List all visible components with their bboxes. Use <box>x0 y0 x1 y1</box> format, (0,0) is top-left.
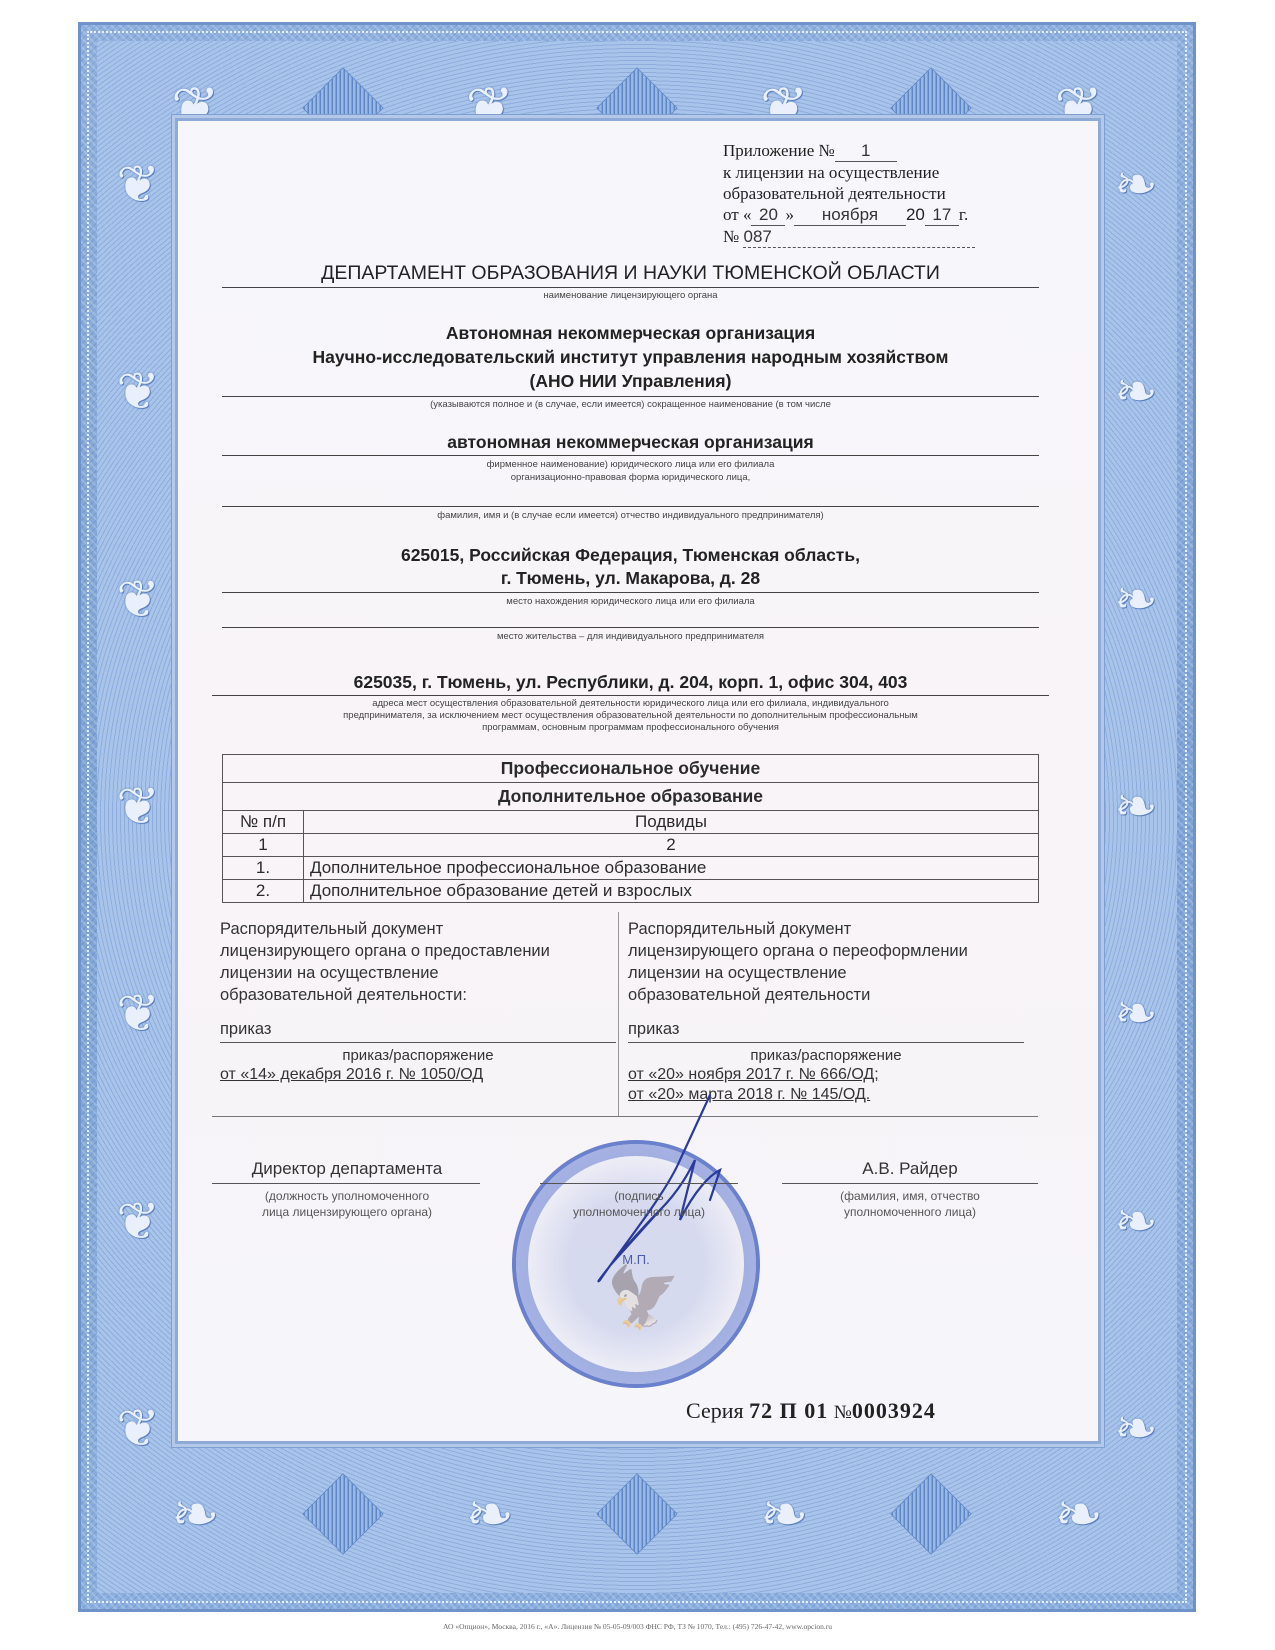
entrepreneur-caption: фамилия, имя и (в случае если имеется) о… <box>222 510 1039 521</box>
org-name-short: (АНО НИИ Управления) <box>222 371 1039 392</box>
appendix-line3: образовательной деятельности <box>723 183 1043 204</box>
printer-imprint: АО «Опцион», Москва, 2016 г., «А». Лицен… <box>0 1622 1275 1631</box>
divider <box>222 396 1039 397</box>
location-line2: г. Тюмень, ул. Макарова, д. 28 <box>222 568 1039 589</box>
document-kind-caption: приказ/распоряжение <box>628 1047 1024 1065</box>
table-header-row: № п/п Подвиды <box>223 811 1039 834</box>
appendix-year: 17 <box>925 204 959 226</box>
appendix-line2: к лицензии на осуществление <box>723 162 1043 183</box>
location-line1: 625015, Российская Федерация, Тюменская … <box>222 545 1039 566</box>
appendix-number: 1 <box>835 140 897 162</box>
document-grant: Распорядительный документ лицензирующего… <box>220 918 616 1085</box>
column-header-subtypes: Подвиды <box>304 811 1039 834</box>
appendix-title: Приложение №1 <box>723 140 1043 162</box>
divider <box>222 506 1039 507</box>
activity-address-caption3: программам, основным программам професси… <box>212 722 1049 733</box>
activity-address-caption2: предпринимателя, за исключением мест осу… <box>212 710 1049 721</box>
appendix-header: Приложение №1 к лицензии на осуществлени… <box>723 140 1043 248</box>
column-header-number: № п/п <box>223 811 304 834</box>
residence-caption: место жительства – для индивидуального п… <box>222 631 1039 642</box>
form-number: 0003924 <box>852 1398 936 1423</box>
appendix-date: от «20»ноября2017г. <box>723 204 1043 226</box>
signatory-name: А.В. Райдер <box>790 1159 1030 1179</box>
order-reference: от «20» ноября 2017 г. № 666/ОД; <box>628 1065 1024 1085</box>
position-caption: (должность уполномоченного лица лицензир… <box>222 1188 472 1220</box>
org-name-line2: Научно-исследовательский институт управл… <box>222 347 1039 368</box>
table-index-row: 1 2 <box>223 834 1039 857</box>
column-divider <box>618 912 619 1116</box>
education-types-table: Профессиональное обучение Дополнительное… <box>222 754 1039 903</box>
licensing-body-caption: наименование лицензирующего органа <box>222 290 1039 301</box>
legal-form-caption2: организационно-правовая форма юридическо… <box>222 472 1039 483</box>
divider <box>222 455 1039 456</box>
appendix-month: ноября <box>794 204 906 226</box>
divider <box>222 287 1039 288</box>
location-caption: место нахождения юридического лица или е… <box>222 596 1039 607</box>
signature-line <box>540 1183 738 1184</box>
document-type: приказ <box>220 1018 616 1043</box>
section-additional-education: Дополнительное образование <box>223 783 1039 811</box>
signature-line <box>212 1183 480 1184</box>
document-type: приказ <box>628 1018 1024 1043</box>
org-name-line1: Автономная некоммерческая организация <box>222 323 1039 344</box>
signature-line <box>782 1183 1038 1184</box>
name-caption: (фамилия, имя, отчество уполномоченного … <box>790 1188 1030 1220</box>
legal-form-value: автономная некоммерческая организация <box>222 432 1039 453</box>
document-kind-caption: приказ/распоряжение <box>220 1047 616 1065</box>
table-row: 1. Дополнительное профессиональное образ… <box>223 857 1039 880</box>
series-value: 72 П 01 <box>749 1398 828 1423</box>
table-section-row: Профессиональное обучение <box>223 755 1039 783</box>
activity-address-value: 625035, г. Тюмень, ул. Республики, д. 20… <box>212 672 1049 693</box>
divider <box>222 627 1039 628</box>
signature-caption: (подпись уполномоченного лица) <box>540 1188 738 1220</box>
administrative-documents: Распорядительный документ лицензирующего… <box>212 912 1038 1117</box>
org-name-caption: (указываются полное и (в случае, если им… <box>222 399 1039 410</box>
divider <box>222 592 1039 593</box>
section-professional-training: Профессиональное обучение <box>223 755 1039 783</box>
document-reissue: Распорядительный документ лицензирующего… <box>628 918 1024 1105</box>
legal-form-caption1: фирменное наименование) юридического лиц… <box>222 459 1039 470</box>
divider <box>212 695 1049 696</box>
table-section-row: Дополнительное образование <box>223 783 1039 811</box>
order-reference: от «14» декабря 2016 г. № 1050/ОД <box>220 1065 616 1085</box>
signatory-position: Директор департамента <box>222 1159 472 1179</box>
table-row: 2. Дополнительное образование детей и вз… <box>223 880 1039 903</box>
appendix-license-number: № 087 <box>723 226 1043 248</box>
licensing-body-name: ДЕПАРТАМЕНТ ОБРАЗОВАНИЯ И НАУКИ ТЮМЕНСКО… <box>222 262 1039 285</box>
activity-address-caption1: адреса мест осуществления образовательно… <box>212 698 1049 709</box>
appendix-day: 20 <box>751 204 785 226</box>
form-series-number: Серия 72 П 01 №0003924 <box>686 1398 936 1424</box>
